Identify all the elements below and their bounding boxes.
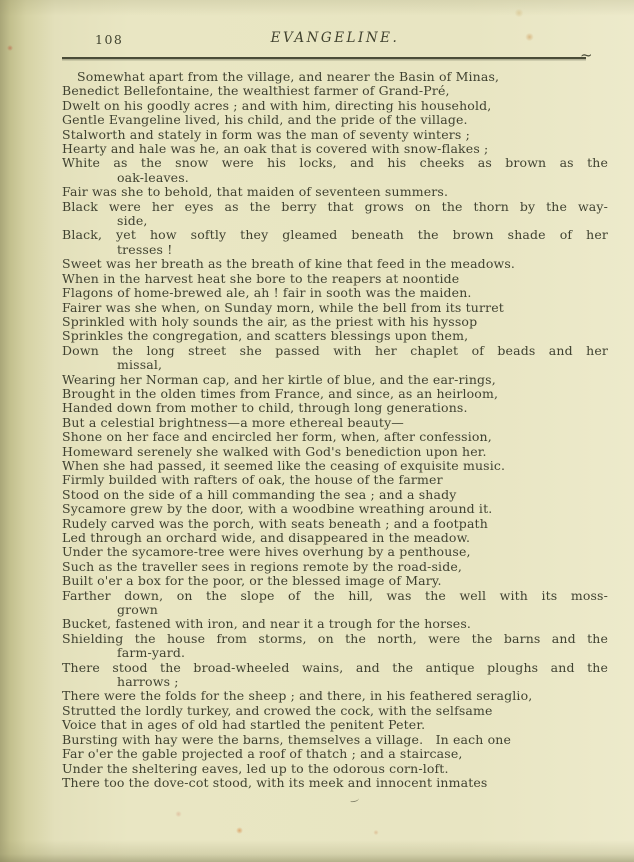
verse-line: There stood the broad-wheeled wains, and… <box>62 661 608 675</box>
verse-line: Shone on her face and encircled her form… <box>62 430 608 444</box>
foxing-spot <box>7 45 13 51</box>
verse-line: oak-leaves. <box>62 171 608 185</box>
verse-line: Under the sycamore-tree were hives overh… <box>62 545 608 559</box>
verse-line: Sycamore grew by the door, with a woodbi… <box>62 502 608 516</box>
verse-line: There too the dove-cot stood, with its m… <box>62 776 608 790</box>
poem-text: Somewhat apart from the village, and nea… <box>62 70 608 790</box>
verse-line: tresses ! <box>62 243 608 257</box>
verse-line: side, <box>62 214 608 228</box>
verse-line: Far o'er the gable projected a roof of t… <box>62 747 608 761</box>
verse-line: White as the snow were his locks, and hi… <box>62 156 608 170</box>
foxing-spot <box>373 830 379 835</box>
verse-line: Flagons of home-brewed ale, ah ! fair in… <box>62 286 608 300</box>
verse-line: Black, yet how softly they gleamed benea… <box>62 228 608 242</box>
verse-line: When she had passed, it seemed like the … <box>62 459 608 473</box>
verse-line: Led through an orchard wide, and disappe… <box>62 531 608 545</box>
verse-line: Somewhat apart from the village, and nea… <box>62 70 608 84</box>
verse-line: There were the folds for the sheep ; and… <box>62 689 608 703</box>
ink-smudge <box>350 796 360 802</box>
verse-line: Black were her eyes as the berry that gr… <box>62 200 608 214</box>
verse-line: farm-yard. <box>62 646 608 660</box>
verse-line: Farther down, on the slope of the hill, … <box>62 589 608 603</box>
verse-line: Firmly builded with rafters of oak, the … <box>62 473 608 487</box>
verse-line: But a celestial brightness—a more ethere… <box>62 416 608 430</box>
verse-line: Brought in the olden times from France, … <box>62 387 608 401</box>
verse-line: Handed down from mother to child, throug… <box>62 401 608 415</box>
verse-line: Fair was she to behold, that maiden of s… <box>62 185 608 199</box>
verse-line: Bucket, fastened with iron, and near it … <box>62 617 608 631</box>
rule-end-flourish-icon: ~ <box>580 46 591 64</box>
verse-line: Stood on the side of a hill commanding t… <box>62 488 608 502</box>
foxing-spot <box>175 811 182 817</box>
verse-line: Wearing her Norman cap, and her kirtle o… <box>62 373 608 387</box>
verse-line: Sprinkled with holy sounds the air, as t… <box>62 315 608 329</box>
verse-line: Homeward serenely she walked with God's … <box>62 445 608 459</box>
verse-line: grown <box>62 603 608 617</box>
verse-line: When in the harvest heat she bore to the… <box>62 272 608 286</box>
verse-line: Fairer was she when, on Sunday morn, whi… <box>62 301 608 315</box>
verse-line: Down the long street she passed with her… <box>62 344 608 358</box>
verse-line: Shielding the house from storms, on the … <box>62 632 608 646</box>
verse-line: harrows ; <box>62 675 608 689</box>
book-page: 108 EVANGELINE. ~ Somewhat apart from th… <box>0 0 634 862</box>
foxing-spot <box>236 827 243 834</box>
verse-line: missal, <box>62 358 608 372</box>
verse-line: Sweet was her breath as the breath of ki… <box>62 257 608 271</box>
verse-line: Stalworth and stately in form was the ma… <box>62 128 608 142</box>
page-header: 108 EVANGELINE. <box>62 30 608 50</box>
verse-line: Gentle Evangeline lived, his child, and … <box>62 113 608 127</box>
verse-line: Dwelt on his goodly acres ; and with him… <box>62 99 608 113</box>
verse-line: Strutted the lordly turkey, and crowed t… <box>62 704 608 718</box>
verse-line: Sprinkles the congregation, and scatters… <box>62 329 608 343</box>
foxing-spot <box>514 9 524 17</box>
verse-line: Hearty and hale was he, an oak that is c… <box>62 142 608 156</box>
verse-line: Benedict Bellefontaine, the wealthiest f… <box>62 84 608 98</box>
verse-line: Such as the traveller sees in regions re… <box>62 560 608 574</box>
header-rule <box>62 57 586 59</box>
verse-line: Under the sheltering eaves, led up to th… <box>62 762 608 776</box>
verse-line: Built o'er a box for the poor, or the bl… <box>62 574 608 588</box>
running-title: EVANGELINE. <box>62 30 608 46</box>
verse-line: Rudely carved was the porch, with seats … <box>62 517 608 531</box>
verse-line: Voice that in ages of old had startled t… <box>62 718 608 732</box>
verse-line: Bursting with hay were the barns, themse… <box>62 733 608 747</box>
